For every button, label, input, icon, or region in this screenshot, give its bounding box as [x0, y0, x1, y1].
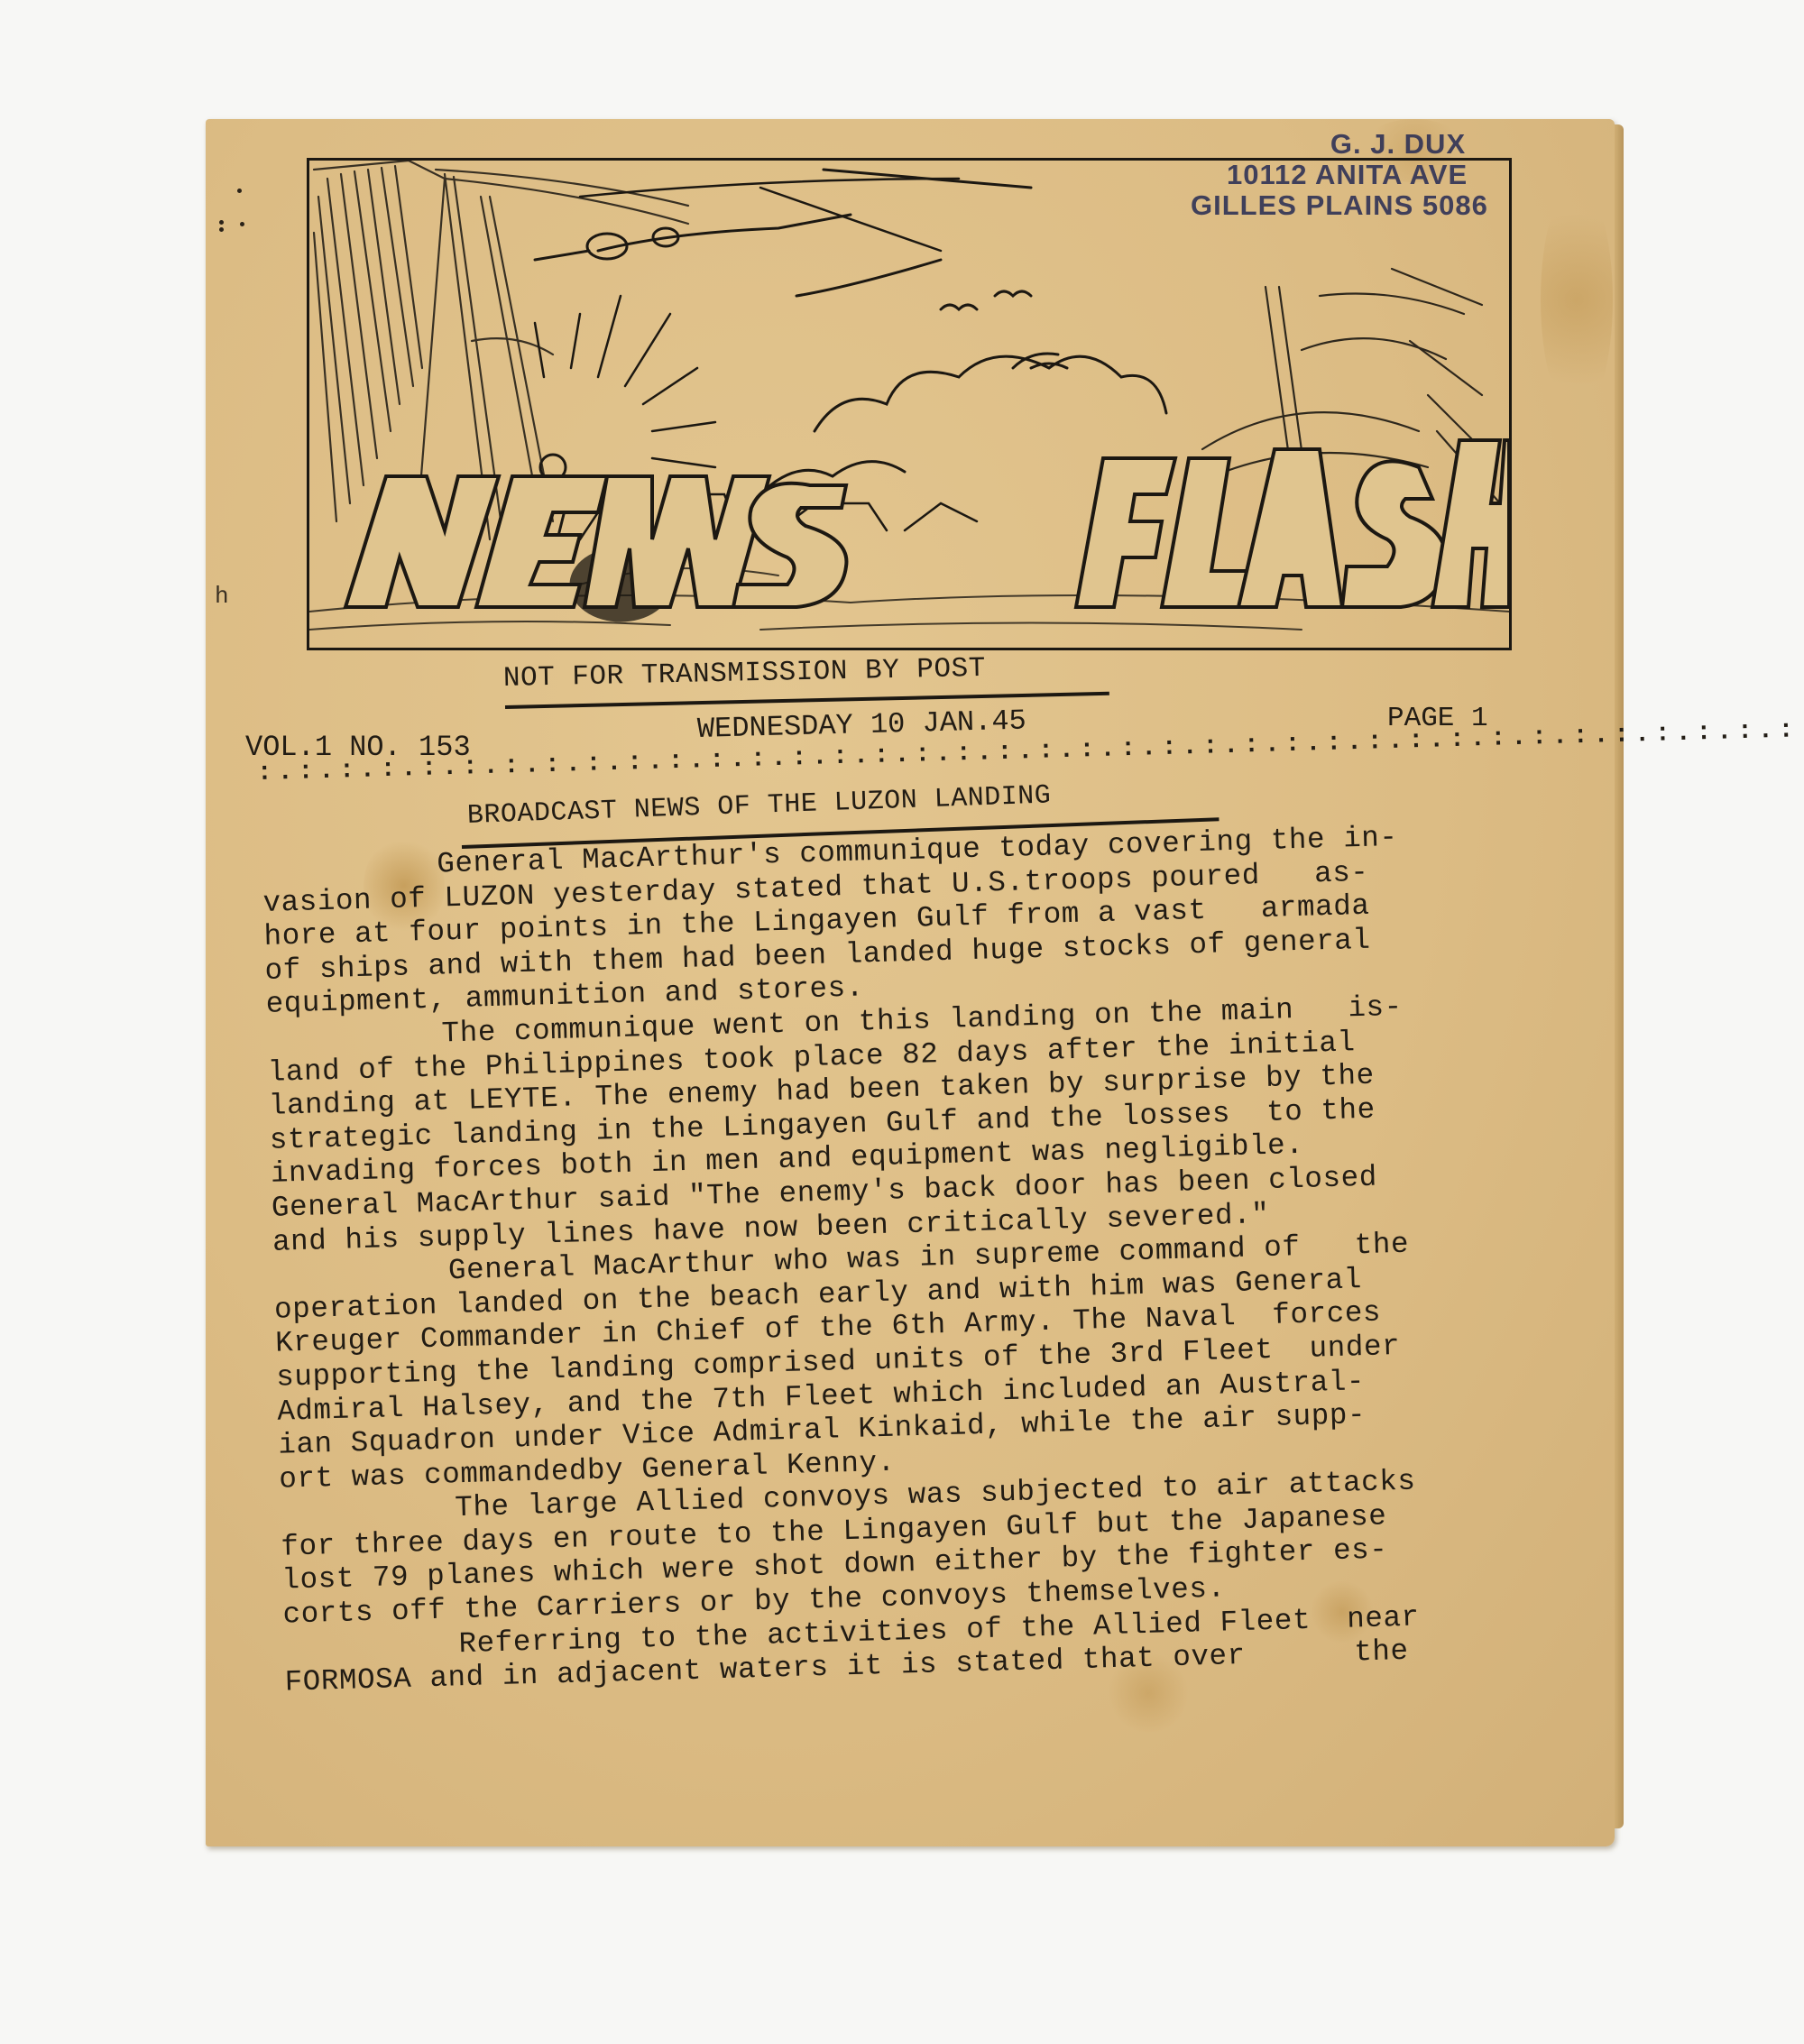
article-body: General MacArthur's communique today cov… [262, 816, 1593, 1700]
stamp-street: 10112 ANITA AVE [1191, 160, 1588, 190]
masthead-illustration [307, 158, 1512, 650]
margin-dot [219, 227, 224, 232]
margin-dot [219, 220, 224, 225]
address-stamp: G. J. DUX 10112 ANITA AVE GILLES PLAINS … [1191, 129, 1588, 221]
margin-letter: h [215, 583, 229, 610]
stamp-name: G. J. DUX [1209, 129, 1588, 160]
stamp-city: GILLES PLAINS 5086 [1191, 190, 1588, 221]
beach-landing-illustration-icon [309, 161, 1509, 648]
page-edge [1615, 124, 1624, 1828]
margin-dot [237, 189, 242, 193]
margin-dot [240, 222, 244, 226]
